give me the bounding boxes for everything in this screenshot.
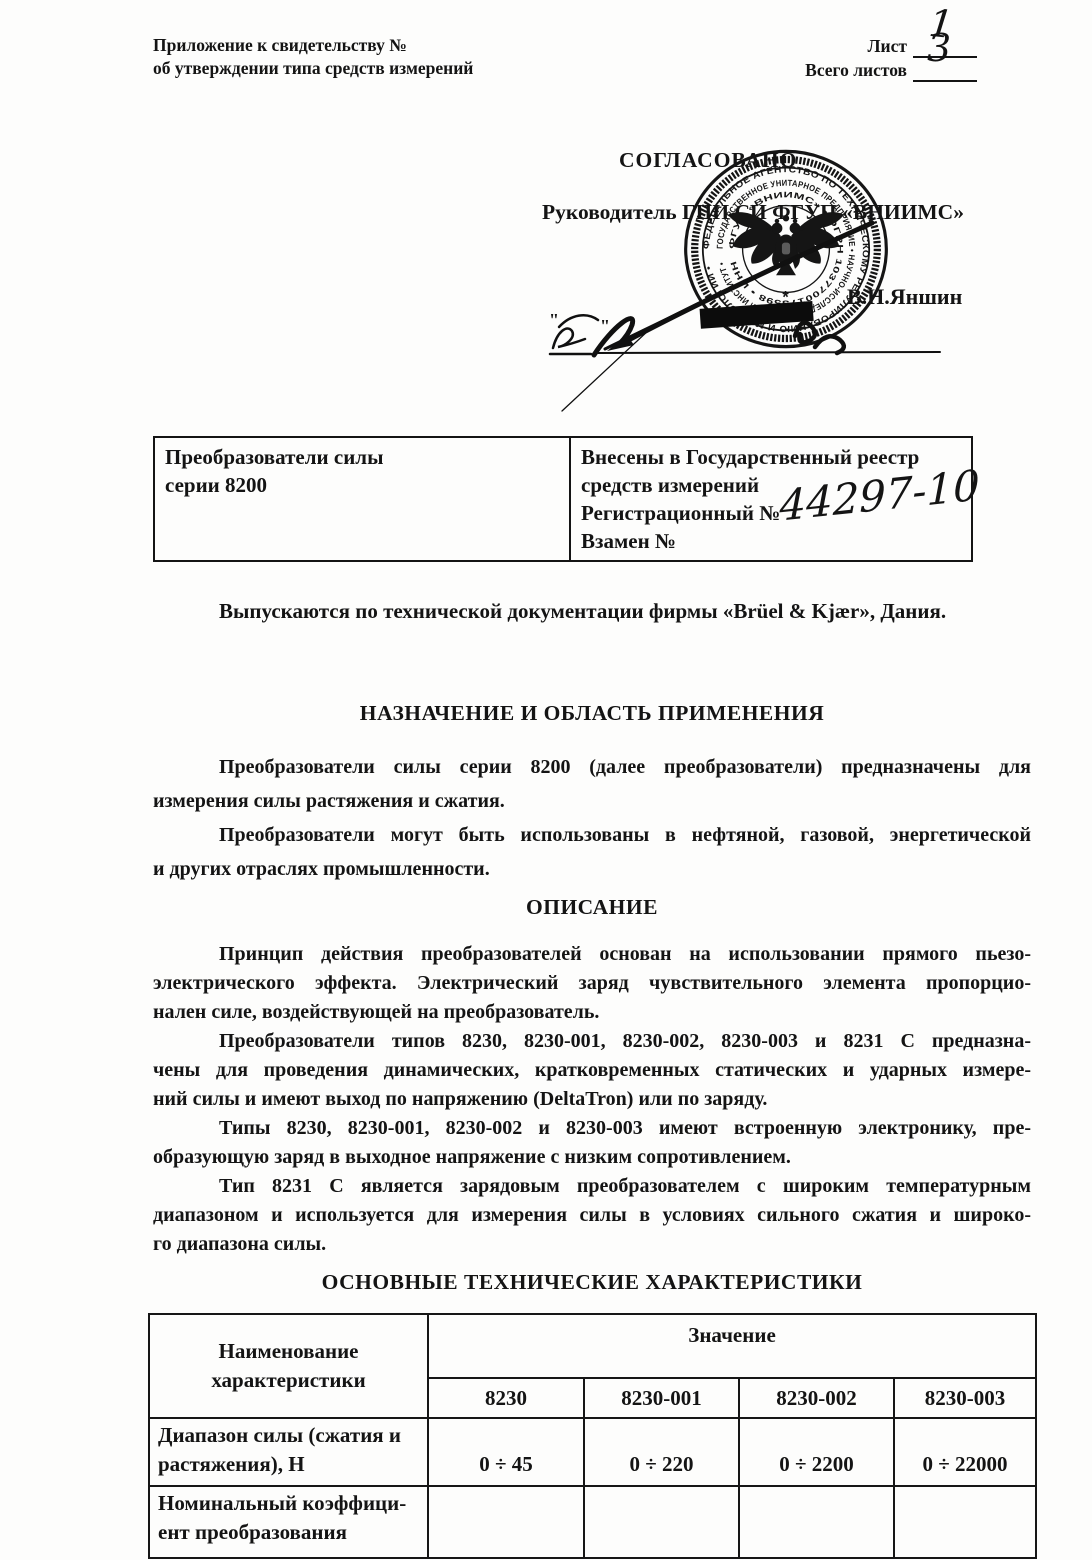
model-8230-001: 8230-001 [584, 1378, 739, 1418]
total-sheets-handwritten: 3 [927, 36, 951, 60]
force-range-label-line1: Диапазон силы (сжатия и [158, 1421, 421, 1450]
name-header-line2: характеристики [156, 1366, 421, 1395]
force-range-label-line2: растяжения), Н [158, 1450, 421, 1479]
text-line: Преобразователи силы серии 8200 (далее п… [153, 750, 1031, 784]
text-line: Преобразователи типов 8230, 8230-001, 82… [153, 1027, 1031, 1056]
value-header: Значение [428, 1314, 1036, 1378]
nominal-coefficient-8230 [428, 1486, 584, 1558]
instrument-name-cell: Преобразователи силы серии 8200 [154, 437, 570, 561]
section-title-specs: ОСНОВНЫЕ ТЕХНИЧЕСКИЕ ХАРАКТЕРИСТИКИ [153, 1267, 1031, 1297]
signature-flourish [607, 335, 634, 351]
description-paragraph-4: Тип 8231 С является зарядовым преобразов… [153, 1172, 1031, 1259]
section-title-description: ОПИСАНИЕ [153, 892, 1031, 922]
registry-line4: Взамен № [581, 527, 961, 555]
registry-section: Преобразователи силы серии 8200 Внесены … [153, 436, 1031, 562]
nominal-coefficient-line1: Номинальный коэффици- [158, 1489, 421, 1518]
registry-row: Преобразователи силы серии 8200 Внесены … [154, 437, 972, 561]
issued-by-line: Выпускаются по технической документации … [153, 596, 1031, 626]
purpose-paragraph-1: Преобразователи силы серии 8200 (далее п… [153, 750, 1031, 818]
description-paragraph-2: Преобразователи типов 8230, 8230-001, 82… [153, 1027, 1031, 1114]
force-range-8230-002: 0 ÷ 2200 [739, 1418, 894, 1486]
text-line: измерения силы растяжения и сжатия. [153, 784, 1031, 818]
specs-table: Наименование характеристики Значение 823… [148, 1313, 1037, 1559]
official-round-seal: ФЕДЕРАЛЬНОЕ АГЕНТСТВО ПО ТЕХНИЧЕСКОМУ РЕ… [663, 136, 909, 362]
total-sheets-row: Всего листов 3 [757, 58, 977, 82]
registry-table: Преобразователи силы серии 8200 Внесены … [153, 436, 973, 562]
text-line: образующую заряд в выходное напряжение с… [153, 1143, 1031, 1172]
text-line: Принцип действия преобразователей основа… [153, 940, 1031, 969]
text-line: Преобразователи могут быть использованы … [153, 818, 1031, 852]
handwritten-date-mark [553, 315, 598, 348]
text-line: нален силе, воздействующей на преобразов… [153, 998, 1031, 1027]
text-line: и других отраслях промышленности. [153, 852, 1031, 886]
registry-entry-cell: Внесены в Государственный реестр средств… [570, 437, 972, 561]
total-sheets-line: 3 [913, 58, 977, 82]
description-paragraph-3: Типы 8230, 8230-001, 8230-002 и 8230-003… [153, 1114, 1031, 1172]
force-range-label: Диапазон силы (сжатия и растяжения), Н [149, 1418, 428, 1486]
force-range-8230-003: 0 ÷ 22000 [894, 1418, 1036, 1486]
text-line: ний силы и имеют выход по напряжению (De… [153, 1085, 1031, 1114]
table-row: Диапазон силы (сжатия и растяжения), Н 0… [149, 1418, 1036, 1486]
model-8230: 8230 [428, 1378, 584, 1418]
characteristic-name-header: Наименование характеристики [149, 1314, 428, 1418]
description-paragraphs: Принцип действия преобразователей основа… [153, 940, 1031, 1259]
text-line: Типы 8230, 8230-001, 8230-002 и 8230-003… [153, 1114, 1031, 1143]
page-header: Приложение к свидетельству № об утвержде… [153, 34, 1031, 100]
section-title-purpose: НАЗНАЧЕНИЕ И ОБЛАСТЬ ПРИМЕНЕНИЯ [153, 698, 1031, 728]
total-sheets-label: Всего листов [805, 58, 907, 82]
nominal-coefficient-8230-002 [739, 1486, 894, 1558]
instrument-name-line2: серии 8200 [165, 471, 559, 499]
purpose-paragraphs: Преобразователи силы серии 8200 (далее п… [153, 750, 1031, 886]
description-paragraph-1: Принцип действия преобразователей основа… [153, 940, 1031, 1027]
table-row: Номинальный коэффици- ент преобразования [149, 1486, 1036, 1558]
model-8230-002: 8230-002 [739, 1378, 894, 1418]
text-line: чены для проведения динамических, кратко… [153, 1056, 1031, 1085]
nominal-coefficient-line2: ент преобразования [158, 1518, 421, 1547]
nominal-coefficient-8230-003 [894, 1486, 1036, 1558]
name-header-line1: Наименование [156, 1337, 421, 1366]
text-line: го диапазона силы. [153, 1230, 1031, 1259]
text-line: диапазоном и используется для измерения … [153, 1201, 1031, 1230]
nominal-coefficient-8230-001 [584, 1486, 739, 1558]
document-page: Приложение к свидетельству № об утвержде… [0, 0, 1092, 1560]
sheet-label: Лист [868, 34, 908, 58]
text-line: Тип 8231 С является зарядовым преобразов… [153, 1172, 1031, 1201]
signature-hairline [562, 329, 650, 411]
sheet-counter: Лист 1 Всего листов 3 [757, 34, 977, 82]
date-close-quote: " [600, 316, 610, 337]
model-8230-003: 8230-003 [894, 1378, 1036, 1418]
date-open-quote: " [549, 310, 559, 331]
instrument-name-line1: Преобразователи силы [165, 443, 559, 471]
purpose-paragraph-2: Преобразователи могут быть использованы … [153, 818, 1031, 886]
force-range-8230-001: 0 ÷ 220 [584, 1418, 739, 1486]
force-range-8230: 0 ÷ 45 [428, 1418, 584, 1486]
text-line: электрического эффекта. Электрический за… [153, 969, 1031, 998]
specs-header-row: Наименование характеристики Значение [149, 1314, 1036, 1378]
approval-block: СОГЛАСОВАНО Руководитель ГЦИ СИ ФГУП «ВН… [153, 120, 1031, 420]
registry-line1: Внесены в Государственный реестр [581, 443, 961, 471]
nominal-coefficient-label: Номинальный коэффици- ент преобразования [149, 1486, 428, 1558]
